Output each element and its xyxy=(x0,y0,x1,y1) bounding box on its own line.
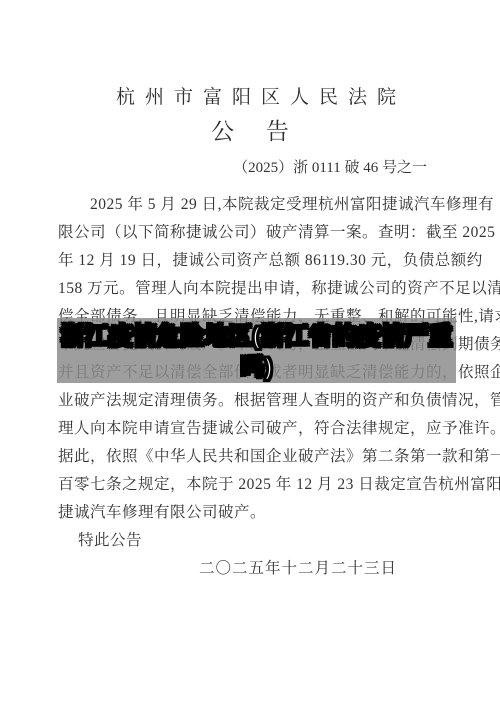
body-line: 限公司（以下简称捷诚公司）破产清算一案。查明：截至 2025 xyxy=(58,219,448,247)
body-line: 据此，依照《中华人民共和国企业破产法》第二条第一款和第一 xyxy=(58,443,448,471)
date-line: 二〇二五年十二月二十三日 xyxy=(58,555,448,583)
overlay-title-line-2: 吗) xyxy=(57,352,456,383)
body-line: 158 万元。管理人向本院提出申请，称捷诚公司的资产不足以清 xyxy=(58,275,448,303)
overlay-title-line-1: 浙江疫情危险地区(浙江省的疫情严重 xyxy=(57,321,456,352)
case-number: （2025）浙 0111 破 46 号之一 xyxy=(233,160,427,176)
court-name-heading: 杭州市富阳区人民法院 xyxy=(0,82,500,109)
notice-body: 2025 年 5 月 29 日,本院裁定受理杭州富阳捷诚汽车修理有 限公司（以下… xyxy=(58,191,448,583)
signoff-line: 特此公告 xyxy=(58,527,448,555)
body-line: 理人向本院申请宣告捷诚公司破产，符合法律规定，应予准许。 xyxy=(58,415,448,443)
case-number-line: （2025）浙 0111 破 46 号之一 xyxy=(58,156,448,177)
notice-title: 公 告 xyxy=(0,113,500,146)
body-line: 捷诚汽车修理有限公司破产。 xyxy=(58,499,448,527)
body-line: 年 12 月 19 日，捷诚公司资产总额 86119.30 元，负债总额约 xyxy=(58,247,448,275)
headline-overlay-banner: 浙江疫情危险地区(浙江省的疫情严重 吗) xyxy=(57,318,456,383)
body-line: 2025 年 5 月 29 日,本院裁定受理杭州富阳捷诚汽车修理有 xyxy=(58,191,448,219)
body-line: 百零七条之规定，本院于 2025 年 12 月 23 日裁定宣告杭州富阳 xyxy=(58,471,448,499)
announcement-page: 杭州市富阳区人民法院 公 告 （2025）浙 0111 破 46 号之一 202… xyxy=(0,0,500,706)
body-line: 业破产法规定清理债务。根据管理人查明的资产和负债情况，管 xyxy=(58,387,448,415)
